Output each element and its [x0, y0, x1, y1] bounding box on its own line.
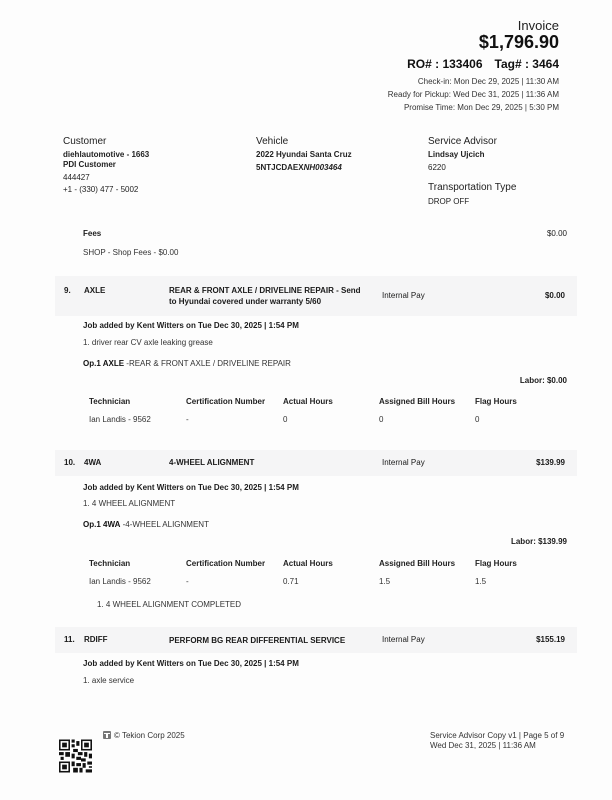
job-pay-type: Internal Pay: [382, 291, 425, 300]
labor-total: Labor: $0.00: [520, 376, 567, 385]
th-certification: Certification Number: [186, 397, 265, 406]
job-number: 10.: [64, 458, 75, 467]
ro-tag-line: RO# : 133406Tag# : 3464: [407, 57, 559, 71]
th-actual-hours: Actual Hours: [283, 397, 333, 406]
th-actual-hours: Actual Hours: [283, 559, 333, 568]
tekion-logo-icon: [103, 731, 111, 739]
td-assigned-bill-hours: 0: [379, 415, 383, 424]
customer-type: PDI Customer: [63, 160, 149, 170]
job-description: PERFORM BG REAR DIFFERENTIAL SERVICE: [169, 635, 389, 646]
vehicle-description: 2022 Hyundai Santa Cruz: [256, 150, 366, 160]
tag-number: Tag# : 3464: [495, 57, 559, 71]
vin-prefix: 5NTJCDAEX: [256, 163, 304, 172]
op-code: Op.1 4WA: [83, 520, 120, 529]
job-pay-type: Internal Pay: [382, 635, 425, 644]
customer-phone: +1 - (330) 477 - 5002: [63, 184, 149, 196]
td-technician: Ian Landis - 9562: [89, 577, 151, 586]
th-certification: Certification Number: [186, 559, 265, 568]
qr-code-icon: [59, 739, 92, 773]
customer-label: Customer: [63, 136, 149, 147]
td-flag-hours: 1.5: [475, 577, 486, 586]
labor-total: Labor: $139.99: [511, 537, 567, 546]
td-actual-hours: 0: [283, 415, 287, 424]
completion-note: 1. 4 WHEEL ALIGNMENT COMPLETED: [97, 600, 241, 609]
invoice-total: $1,796.90: [479, 32, 559, 53]
ready-for-pickup-time: Ready for Pickup: Wed Dec 31, 2025 | 11:…: [388, 90, 559, 99]
th-assigned-bill-hours: Assigned Bill Hours: [379, 397, 455, 406]
service-advisor-section: Service Advisor Lindsay Ujcich 6220 Tran…: [428, 136, 516, 208]
job-number: 9.: [64, 286, 71, 295]
job-code: RDIFF: [84, 635, 108, 644]
printed-time: Wed Dec 31, 2025 | 11:36 AM: [430, 741, 564, 751]
job-row-11: 11. RDIFF PERFORM BG REAR DIFFERENTIAL S…: [55, 627, 577, 653]
job-amount: $0.00: [545, 291, 565, 300]
job-note: 1. 4 WHEEL ALIGNMENT: [83, 499, 175, 508]
job-amount: $155.19: [536, 635, 565, 644]
job-amount: $139.99: [536, 458, 565, 467]
op-code: Op.1 AXLE: [83, 359, 124, 368]
service-advisor-label: Service Advisor: [428, 136, 516, 147]
th-assigned-bill-hours: Assigned Bill Hours: [379, 559, 455, 568]
service-advisor-id: 6220: [428, 162, 516, 174]
th-flag-hours: Flag Hours: [475, 397, 517, 406]
vehicle-label: Vehicle: [256, 136, 366, 147]
job-note: 1. driver rear CV axle leaking grease: [83, 338, 213, 347]
job-pay-type: Internal Pay: [382, 458, 425, 467]
operation-line: Op.1 AXLE -REAR & FRONT AXLE / DRIVELINE…: [83, 359, 291, 368]
job-added-by: Job added by Kent Witters on Tue Dec 30,…: [83, 321, 299, 330]
transportation-label: Transportation Type: [428, 182, 516, 193]
job-number: 11.: [64, 635, 75, 644]
operation-line: Op.1 4WA -4-WHEEL ALIGNMENT: [83, 520, 209, 529]
customer-section: Customer diehlautomotive - 1663 PDI Cust…: [63, 136, 149, 196]
td-assigned-bill-hours: 1.5: [379, 577, 390, 586]
check-in-time: Check-in: Mon Dec 29, 2025 | 11:30 AM: [418, 77, 559, 86]
td-certification: -: [186, 415, 189, 424]
op-description: -REAR & FRONT AXLE / DRIVELINE REPAIR: [126, 359, 291, 368]
service-advisor-name: Lindsay Ujcich: [428, 150, 516, 160]
copyright-text: © Tekion Corp 2025: [114, 731, 185, 740]
th-technician: Technician: [89, 397, 130, 406]
job-note: 1. axle service: [83, 676, 134, 685]
customer-name: diehlautomotive - 1663: [63, 150, 149, 160]
job-code: 4WA: [84, 458, 101, 467]
job-row-10: 10. 4WA 4-WHEEL ALIGNMENT Internal Pay $…: [55, 450, 577, 476]
job-added-by: Job added by Kent Witters on Tue Dec 30,…: [83, 483, 299, 492]
td-flag-hours: 0: [475, 415, 479, 424]
job-description: 4-WHEEL ALIGNMENT: [169, 457, 364, 468]
job-added-by: Job added by Kent Witters on Tue Dec 30,…: [83, 659, 299, 668]
td-technician: Ian Landis - 9562: [89, 415, 151, 424]
footer-page-info: Service Advisor Copy v1 | Page 5 of 9 We…: [430, 731, 564, 751]
document-title: Invoice: [518, 18, 559, 33]
op-description: -4-WHEEL ALIGNMENT: [123, 520, 209, 529]
fees-line: SHOP - Shop Fees - $0.00: [83, 248, 178, 257]
job-description: REAR & FRONT AXLE / DRIVELINE REPAIR - S…: [169, 285, 364, 307]
vehicle-section: Vehicle 2022 Hyundai Santa Cruz 5NTJCDAE…: [256, 136, 366, 174]
copy-page-info: Service Advisor Copy v1 | Page 5 of 9: [430, 731, 564, 741]
job-row-9: 9. AXLE REAR & FRONT AXLE / DRIVELINE RE…: [55, 276, 577, 316]
vehicle-vin: 5NTJCDAEXNH003464: [256, 162, 366, 174]
fees-amount: $0.00: [547, 229, 567, 238]
td-actual-hours: 0.71: [283, 577, 299, 586]
ro-number: RO# : 133406: [407, 57, 482, 71]
td-certification: -: [186, 577, 189, 586]
th-flag-hours: Flag Hours: [475, 559, 517, 568]
job-code: AXLE: [84, 286, 105, 295]
th-technician: Technician: [89, 559, 130, 568]
promise-time: Promise Time: Mon Dec 29, 2025 | 5:30 PM: [404, 103, 559, 112]
footer-copyright: © Tekion Corp 2025: [103, 731, 185, 740]
fees-label: Fees: [83, 229, 101, 238]
customer-id: 444427: [63, 172, 149, 184]
vin-suffix: NH003464: [304, 163, 342, 172]
transportation-value: DROP OFF: [428, 196, 516, 208]
